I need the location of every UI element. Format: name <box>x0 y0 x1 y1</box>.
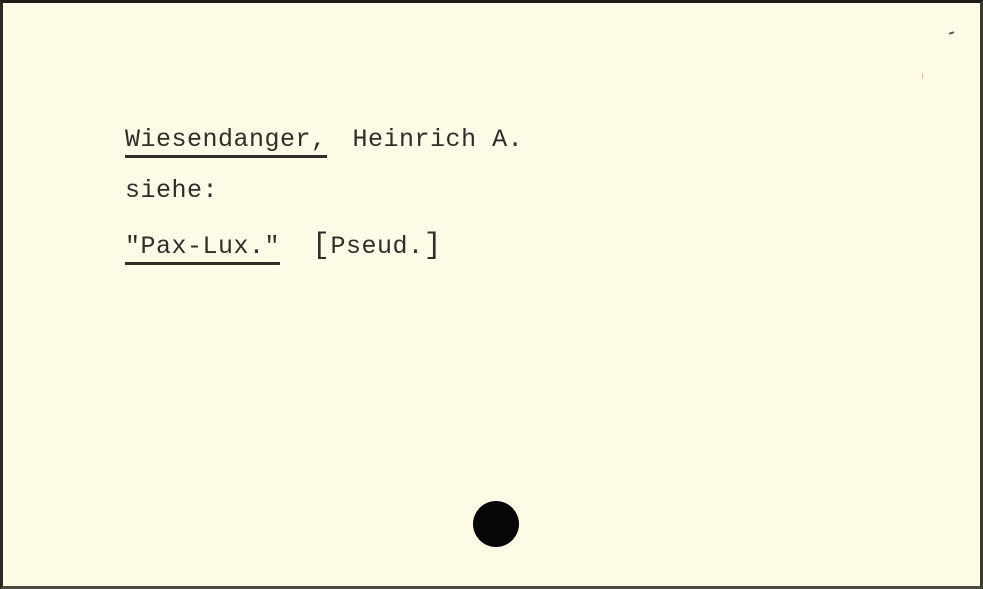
pseudonym-note: Pseud. <box>331 232 424 261</box>
surname: Wiesendanger, <box>125 125 327 158</box>
given-name: Heinrich A. <box>353 125 524 154</box>
punch-hole <box>473 501 519 547</box>
reference-line: "Pax-Lux."[Pseud.] <box>125 231 442 262</box>
ink-speck <box>949 31 954 35</box>
paper-mark <box>922 73 923 78</box>
bracket-close: ] <box>424 229 443 263</box>
bracket-open: [ <box>312 229 331 263</box>
heading-line: Wiesendanger,Heinrich A. <box>125 125 523 155</box>
pseudonym-title: "Pax-Lux." <box>125 232 280 265</box>
see-label: siehe: <box>125 176 218 206</box>
catalog-card: Wiesendanger,Heinrich A. siehe: "Pax-Lux… <box>0 0 983 589</box>
